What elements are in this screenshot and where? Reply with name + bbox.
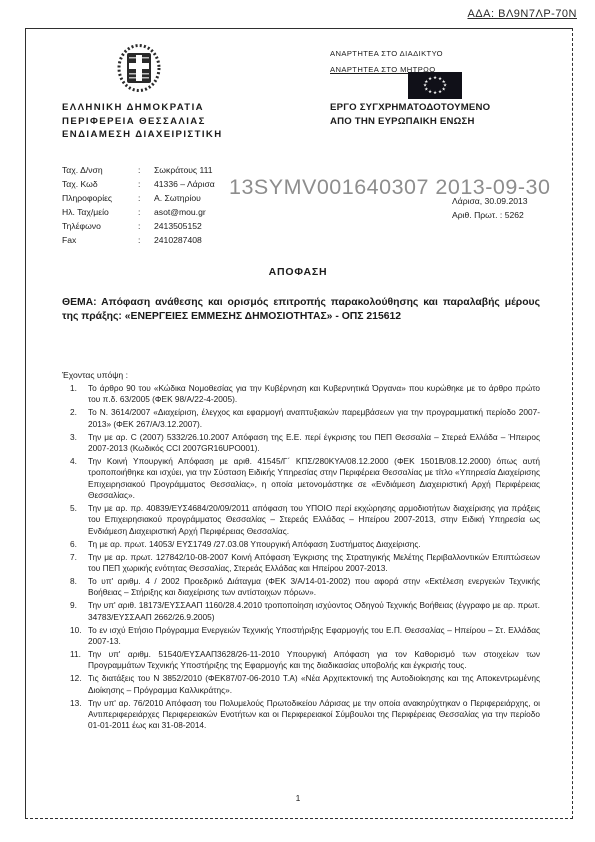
consideration-item: 13. Την υπ' αρ. 76/2010 Απόφαση του Πολυ… <box>70 698 540 732</box>
svg-text:★: ★ <box>442 86 446 92</box>
contact-value: Α. Σωτηρίου <box>154 191 215 205</box>
consideration-item: 3. Την με αρ. C (2007) 5332/26.10.2007 Α… <box>70 432 540 455</box>
consideration-item: 10. Το εν ισχύ Ετήσιο Πρόγραμμα Ενεργειώ… <box>70 625 540 648</box>
place-date: Λάρισα, 30.09.2013 <box>452 195 528 209</box>
consideration-number: 9. <box>70 600 77 611</box>
contact-row: Ηλ. Ταχ/μείο : asot@mou.gr <box>62 205 215 219</box>
consideration-item: 4. Την Κοινή Υπουργική Απόφαση με αριθ. … <box>70 456 540 502</box>
contact-row: Ταχ. Κωδ : 41336 – Λάρισα <box>62 177 215 191</box>
contact-value: 2410287408 <box>154 233 215 247</box>
consideration-number: 10. <box>70 625 82 636</box>
decision-title: ΑΠΟΦΑΣΗ <box>25 266 571 278</box>
consideration-number: 6. <box>70 539 77 550</box>
contact-row: Τηλέφωνο : 2413505152 <box>62 219 215 233</box>
consideration-text: Την υπ' αριθμ. 51540/ΕΥΣΑΑΠ3628/26-11-20… <box>88 649 540 670</box>
contact-separator: : <box>138 233 154 247</box>
contact-label: Fax <box>62 233 138 247</box>
consideration-item: 12. Τις διατάξεις του Ν 3852/2010 (ΦΕΚ87… <box>70 673 540 696</box>
consideration-text: Την Κοινή Υπουργική Απόφαση με αριθ. 415… <box>88 456 540 500</box>
consideration-item: 7. Την με αρ. πρωτ. 127842/10-08-2007 Κο… <box>70 552 540 575</box>
eu-flag-icon: ★ ★ ★ ★ ★ ★ ★ ★ ★ ★ ★ ★ <box>408 72 462 99</box>
contact-separator: : <box>138 163 154 177</box>
consideration-text: Το άρθρο 90 του «Κώδικα Νομοθεσίας για τ… <box>88 383 540 404</box>
preamble-text: Έχοντας υπόψη : <box>62 370 128 380</box>
document-page: ΑΔΑ: ΒΛ9Ν7ΛΡ-70Ν ΑΝΑΡΤΗΤΕΑ ΣΤΟ ΔΙΑΔΙΚΤΥΟ… <box>0 0 595 842</box>
svg-text:★: ★ <box>428 76 432 82</box>
contact-separator: : <box>138 177 154 191</box>
decision-subject: ΘΕΜΑ: Απόφαση ανάθεσης και ορισμός επιτρ… <box>62 296 540 324</box>
contact-label: Τηλέφωνο <box>62 219 138 233</box>
consideration-item: 1. Το άρθρο 90 του «Κώδικα Νομοθεσίας γι… <box>70 383 540 406</box>
consideration-number: 11. <box>70 649 81 660</box>
protocol-number: Αριθ. Πρωτ. : 5262 <box>452 209 528 223</box>
ada-code: ΑΔΑ: ΒΛ9Ν7ΛΡ-70Ν <box>467 8 577 20</box>
consideration-text: Την υπ' αριθ. 18173/ΕΥΣΣΑΑΠ 1160/28.4.20… <box>88 600 540 621</box>
consideration-text: Την με αρ. πρωτ. 127842/10-08-2007 Κοινή… <box>88 552 540 573</box>
contact-value: 2413505152 <box>154 219 215 233</box>
consideration-text: Το υπ' αριθμ. 4 / 2002 Προεδρικό Διάταγμ… <box>88 576 540 597</box>
contact-value: asot@mou.gr <box>154 205 215 219</box>
consideration-number: 3. <box>70 432 77 443</box>
consideration-text: Τη με αρ. πρωτ. 14053/ ΕΥΣ1749 /27.03.08… <box>88 539 421 549</box>
consideration-item: 2. Το Ν. 3614/2007 «Διαχείριση, έλεγχος … <box>70 407 540 430</box>
consideration-text: Τις διατάξεις του Ν 3852/2010 (ΦΕΚ87/07-… <box>88 673 540 694</box>
contact-separator: : <box>138 205 154 219</box>
contact-separator: : <box>138 219 154 233</box>
svg-text:★: ★ <box>438 89 442 95</box>
consideration-number: 5. <box>70 503 77 514</box>
contact-separator: : <box>138 191 154 205</box>
consideration-text: Το Ν. 3614/2007 «Διαχείριση, έλεγχος και… <box>88 407 540 428</box>
contact-row: Πληροφορίες : Α. Σωτηρίου <box>62 191 215 205</box>
cofinancing-line-1: ΕΡΓΟ ΣΥΓΧΡΗΜΑΤΟΔΟΤΟΥΜΕΝΟ <box>330 101 490 115</box>
consideration-text: Το εν ισχύ Ετήσιο Πρόγραμμα Ενεργειών Τε… <box>88 625 540 646</box>
svg-text:★: ★ <box>433 90 437 96</box>
consideration-item: 5. Την με αρ. πρ. 40839/ΕΥΣ4684/20/09/20… <box>70 503 540 537</box>
contact-label: Πληροφορίες <box>62 191 138 205</box>
authority-line-1: ΕΛΛΗΝΙΚΗ ΔΗΜΟΚΡΑΤΙΑ <box>62 101 223 115</box>
consideration-number: 4. <box>70 456 77 467</box>
cofinancing-line-2: ΑΠΟ ΤΗΝ ΕΥΡΩΠΑΙΚΗ ΕΝΩΣΗ <box>330 115 490 129</box>
contact-label: Ηλ. Ταχ/μείο <box>62 205 138 219</box>
contact-label: Ταχ. Δ/νση <box>62 163 138 177</box>
consideration-text: Την υπ' αρ. 76/2010 Απόφαση του Πολυμελο… <box>88 698 540 731</box>
consideration-item: 6. Τη με αρ. πρωτ. 14053/ ΕΥΣ1749 /27.03… <box>70 539 540 550</box>
considerations-list: 1. Το άρθρο 90 του «Κώδικα Νομοθεσίας γι… <box>70 383 540 733</box>
consideration-number: 8. <box>70 576 77 587</box>
issuing-authority: ΕΛΛΗΝΙΚΗ ΔΗΜΟΚΡΑΤΙΑ ΠΕΡΙΦΕΡΕΙΑ ΘΕΣΣΑΛΙΑΣ… <box>62 101 223 142</box>
consideration-item: 11. Την υπ' αριθμ. 51540/ΕΥΣΑΑΠ3628/26-1… <box>70 649 540 672</box>
contact-table: Ταχ. Δ/νση : Σωκράτους 111 Ταχ. Κωδ : 41… <box>62 163 215 247</box>
consideration-number: 12. <box>70 673 82 684</box>
consideration-number: 13. <box>70 698 82 709</box>
consideration-number: 2. <box>70 407 77 418</box>
consideration-item: 9. Την υπ' αριθ. 18173/ΕΥΣΣΑΑΠ 1160/28.4… <box>70 600 540 623</box>
authority-line-2: ΠΕΡΙΦΕΡΕΙΑ ΘΕΣΣΑΛΙΑΣ <box>62 115 223 129</box>
authority-line-3: ΕΝΔΙΑΜΕΣΗ ΔΙΑΧΕΙΡΙΣΤΙΚΗ <box>62 128 223 142</box>
consideration-text: Την με αρ. C (2007) 5332/26.10.2007 Απόφ… <box>88 432 540 453</box>
contact-row: Fax : 2410287408 <box>62 233 215 247</box>
consideration-item: 8. Το υπ' αριθμ. 4 / 2002 Προεδρικό Διάτ… <box>70 576 540 599</box>
consideration-number: 7. <box>70 552 77 563</box>
contact-value: Σωκράτους 111 <box>154 163 215 177</box>
contact-value: 41336 – Λάρισα <box>154 177 215 191</box>
consideration-text: Την με αρ. πρ. 40839/ΕΥΣ4684/20/09/2011 … <box>88 503 540 536</box>
svg-text:★: ★ <box>433 75 437 81</box>
svg-text:★: ★ <box>428 89 432 95</box>
hellenic-republic-emblem-icon <box>116 42 162 94</box>
contact-row: Ταχ. Δ/νση : Σωκράτους 111 <box>62 163 215 177</box>
consideration-number: 1. <box>70 383 77 394</box>
posting-internet-label: ΑΝΑΡΤΗΤΕΑ ΣΤΟ ΔΙΑΔΙΚΤΥΟ <box>330 46 443 62</box>
cofinancing-statement: ΕΡΓΟ ΣΥΓΧΡΗΜΑΤΟΔΟΤΟΥΜΕΝΟ ΑΠΟ ΤΗΝ ΕΥΡΩΠΑΙ… <box>330 101 490 128</box>
contact-label: Ταχ. Κωδ <box>62 177 138 191</box>
reference-block: Λάρισα, 30.09.2013 Αριθ. Πρωτ. : 5262 <box>452 195 528 222</box>
page-number: 1 <box>25 793 571 803</box>
